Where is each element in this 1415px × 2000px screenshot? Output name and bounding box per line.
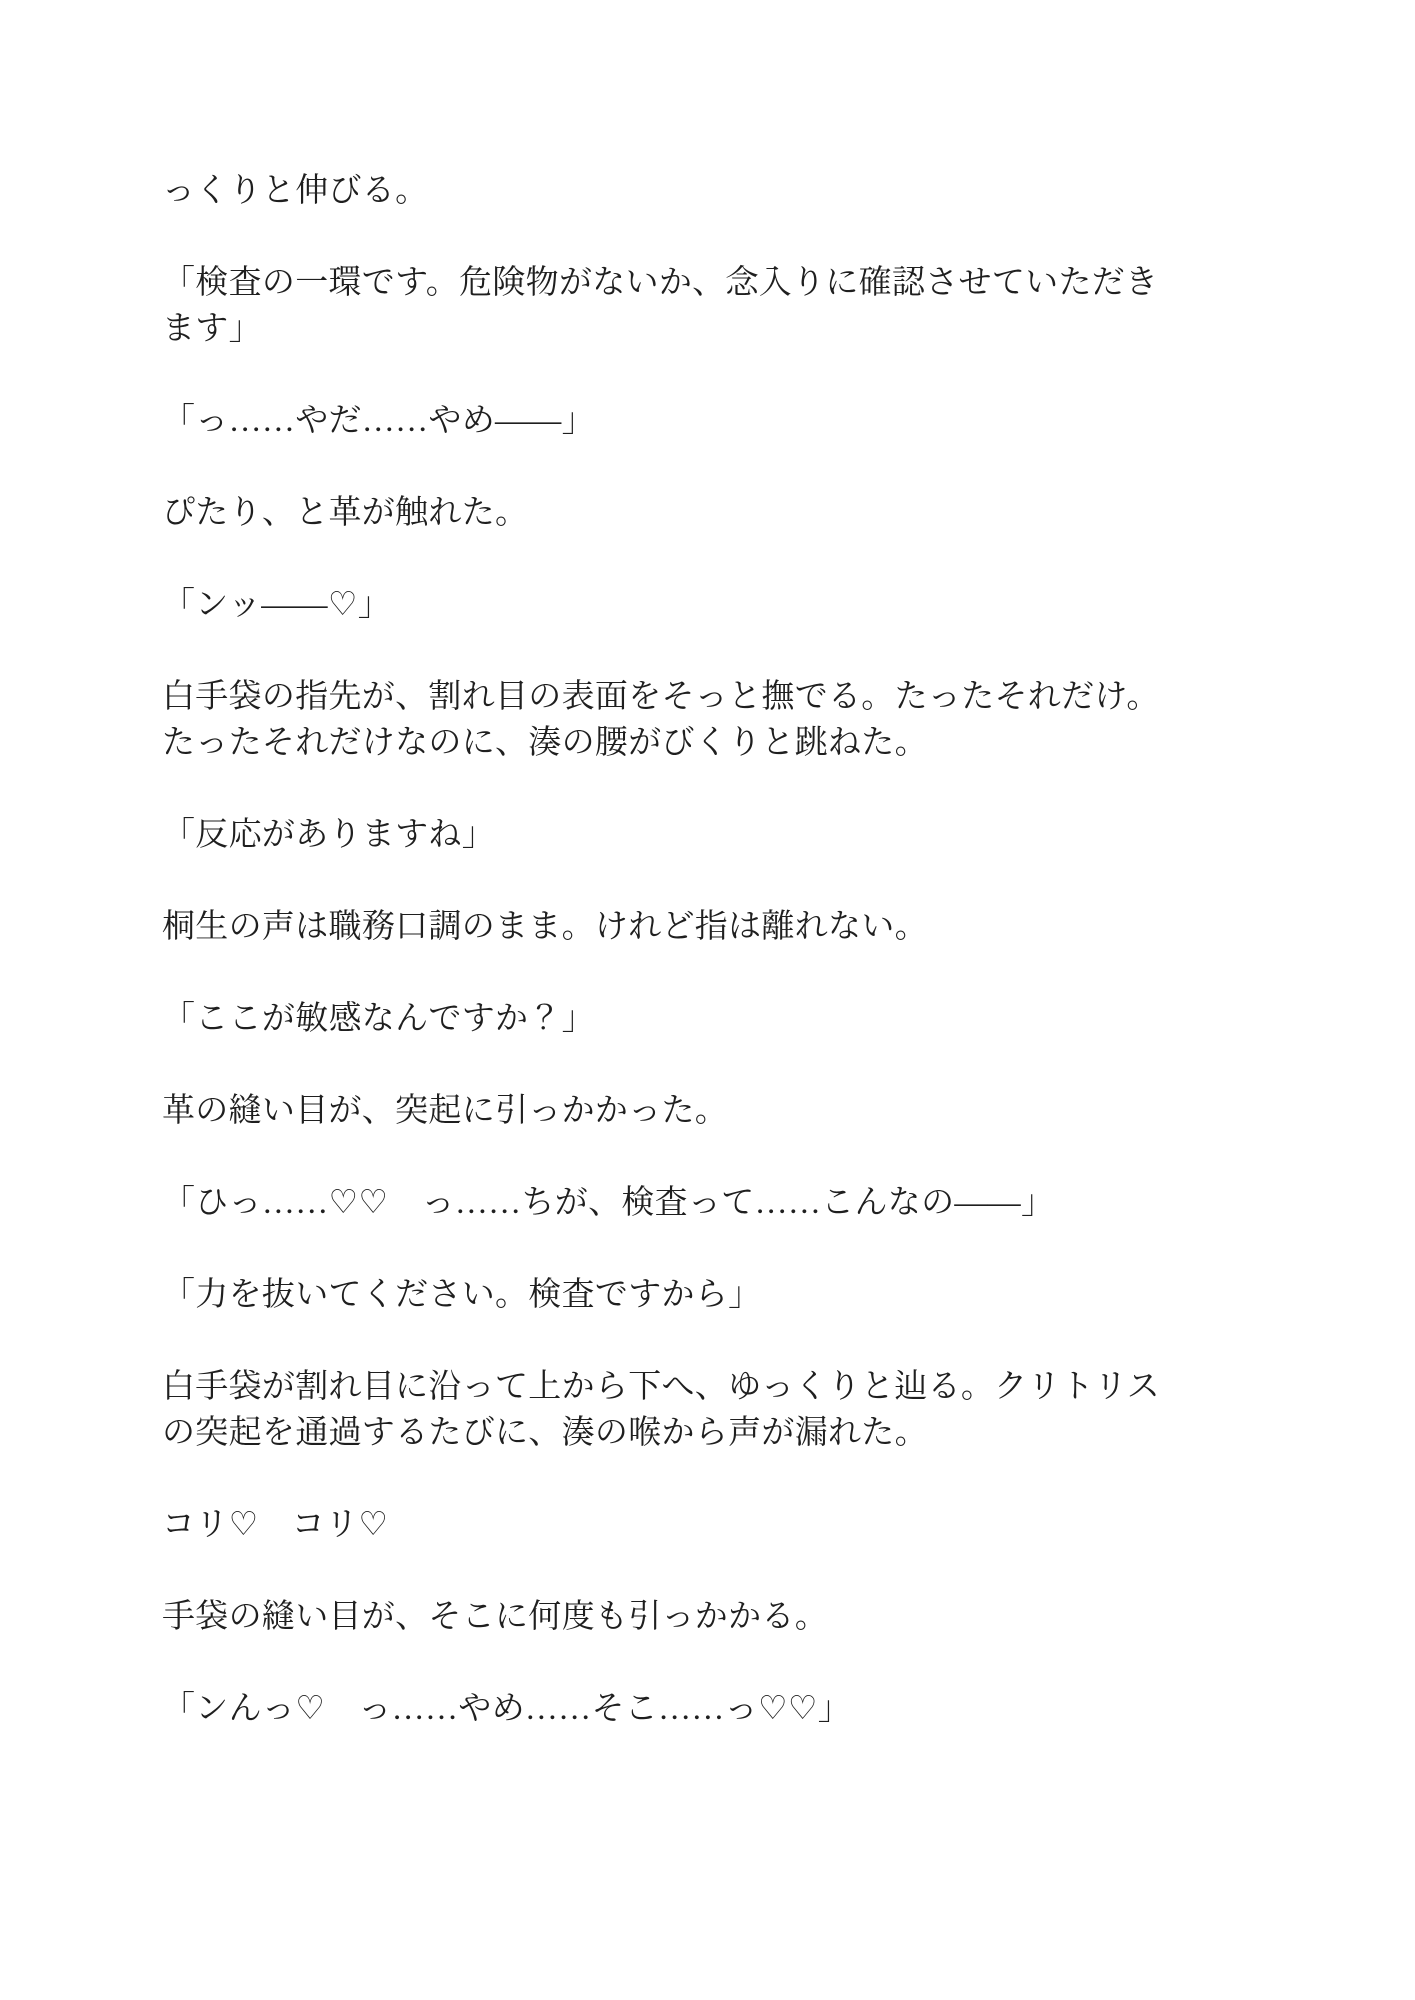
dialogue-paragraph: 「ンッ――♡」 (162, 582, 1265, 628)
dialogue-paragraph: 「ひっ……♡♡ っ……ちが、検査って……こんなの――」 (162, 1180, 1265, 1226)
text-line: 手袋の縫い目が、そこに何度も引っかかる。 (162, 1594, 1265, 1640)
narration-paragraph: 白手袋が割れ目に沿って上から下へ、ゆっくりと辿る。クリトリスの突起を通過するたび… (162, 1364, 1265, 1456)
text-line: 「ここが敏感なんですか？」 (162, 996, 1265, 1042)
text-line: 「ンッ――♡」 (162, 582, 1265, 628)
text-line: 白手袋が割れ目に沿って上から下へ、ゆっくりと辿る。クリトリス (162, 1364, 1265, 1410)
text-line: 「ひっ……♡♡ っ……ちが、検査って……こんなの――」 (162, 1180, 1265, 1226)
text-line: 「力を抜いてください。検査ですから」 (162, 1272, 1265, 1318)
text-line: の突起を通過するたびに、湊の喉から声が漏れた。 (162, 1410, 1265, 1456)
sound-effect-paragraph: コリ♡ コリ♡ (162, 1502, 1265, 1548)
novel-page: っくりと伸びる。「検査の一環です。危険物がないか、念入りに確認させていただきます… (0, 0, 1415, 2000)
narration-paragraph: 手袋の縫い目が、そこに何度も引っかかる。 (162, 1594, 1265, 1640)
text-line: ぴたり、と革が触れた。 (162, 490, 1265, 536)
dialogue-paragraph: 「反応がありますね」 (162, 812, 1265, 858)
narration-paragraph: っくりと伸びる。 (162, 168, 1265, 214)
narration-paragraph: 桐生の声は職務口調のまま。けれど指は離れない。 (162, 904, 1265, 950)
dialogue-paragraph: 「っ……やだ……やめ――」 (162, 398, 1265, 444)
narration-paragraph: ぴたり、と革が触れた。 (162, 490, 1265, 536)
narration-paragraph: 革の縫い目が、突起に引っかかった。 (162, 1088, 1265, 1134)
text-line: 革の縫い目が、突起に引っかかった。 (162, 1088, 1265, 1134)
text-content: っくりと伸びる。「検査の一環です。危険物がないか、念入りに確認させていただきます… (162, 168, 1265, 1732)
dialogue-paragraph: 「ここが敏感なんですか？」 (162, 996, 1265, 1042)
dialogue-paragraph: 「ンんっ♡ っ……やめ……そこ……っ♡♡」 (162, 1686, 1265, 1732)
text-line: 「っ……やだ……やめ――」 (162, 398, 1265, 444)
text-line: っくりと伸びる。 (162, 168, 1265, 214)
text-line: 「ンんっ♡ っ……やめ……そこ……っ♡♡」 (162, 1686, 1265, 1732)
text-line: コリ♡ コリ♡ (162, 1502, 1265, 1548)
text-line: 「検査の一環です。危険物がないか、念入りに確認させていただき (162, 260, 1265, 306)
text-line: 「反応がありますね」 (162, 812, 1265, 858)
text-line: ます」 (162, 306, 1265, 352)
text-line: 桐生の声は職務口調のまま。けれど指は離れない。 (162, 904, 1265, 950)
narration-paragraph: 白手袋の指先が、割れ目の表面をそっと撫でる。たったそれだけ。たったそれだけなのに… (162, 674, 1265, 766)
dialogue-paragraph: 「検査の一環です。危険物がないか、念入りに確認させていただきます」 (162, 260, 1265, 352)
text-line: 白手袋の指先が、割れ目の表面をそっと撫でる。たったそれだけ。 (162, 674, 1265, 720)
dialogue-paragraph: 「力を抜いてください。検査ですから」 (162, 1272, 1265, 1318)
text-line: たったそれだけなのに、湊の腰がびくりと跳ねた。 (162, 720, 1265, 766)
